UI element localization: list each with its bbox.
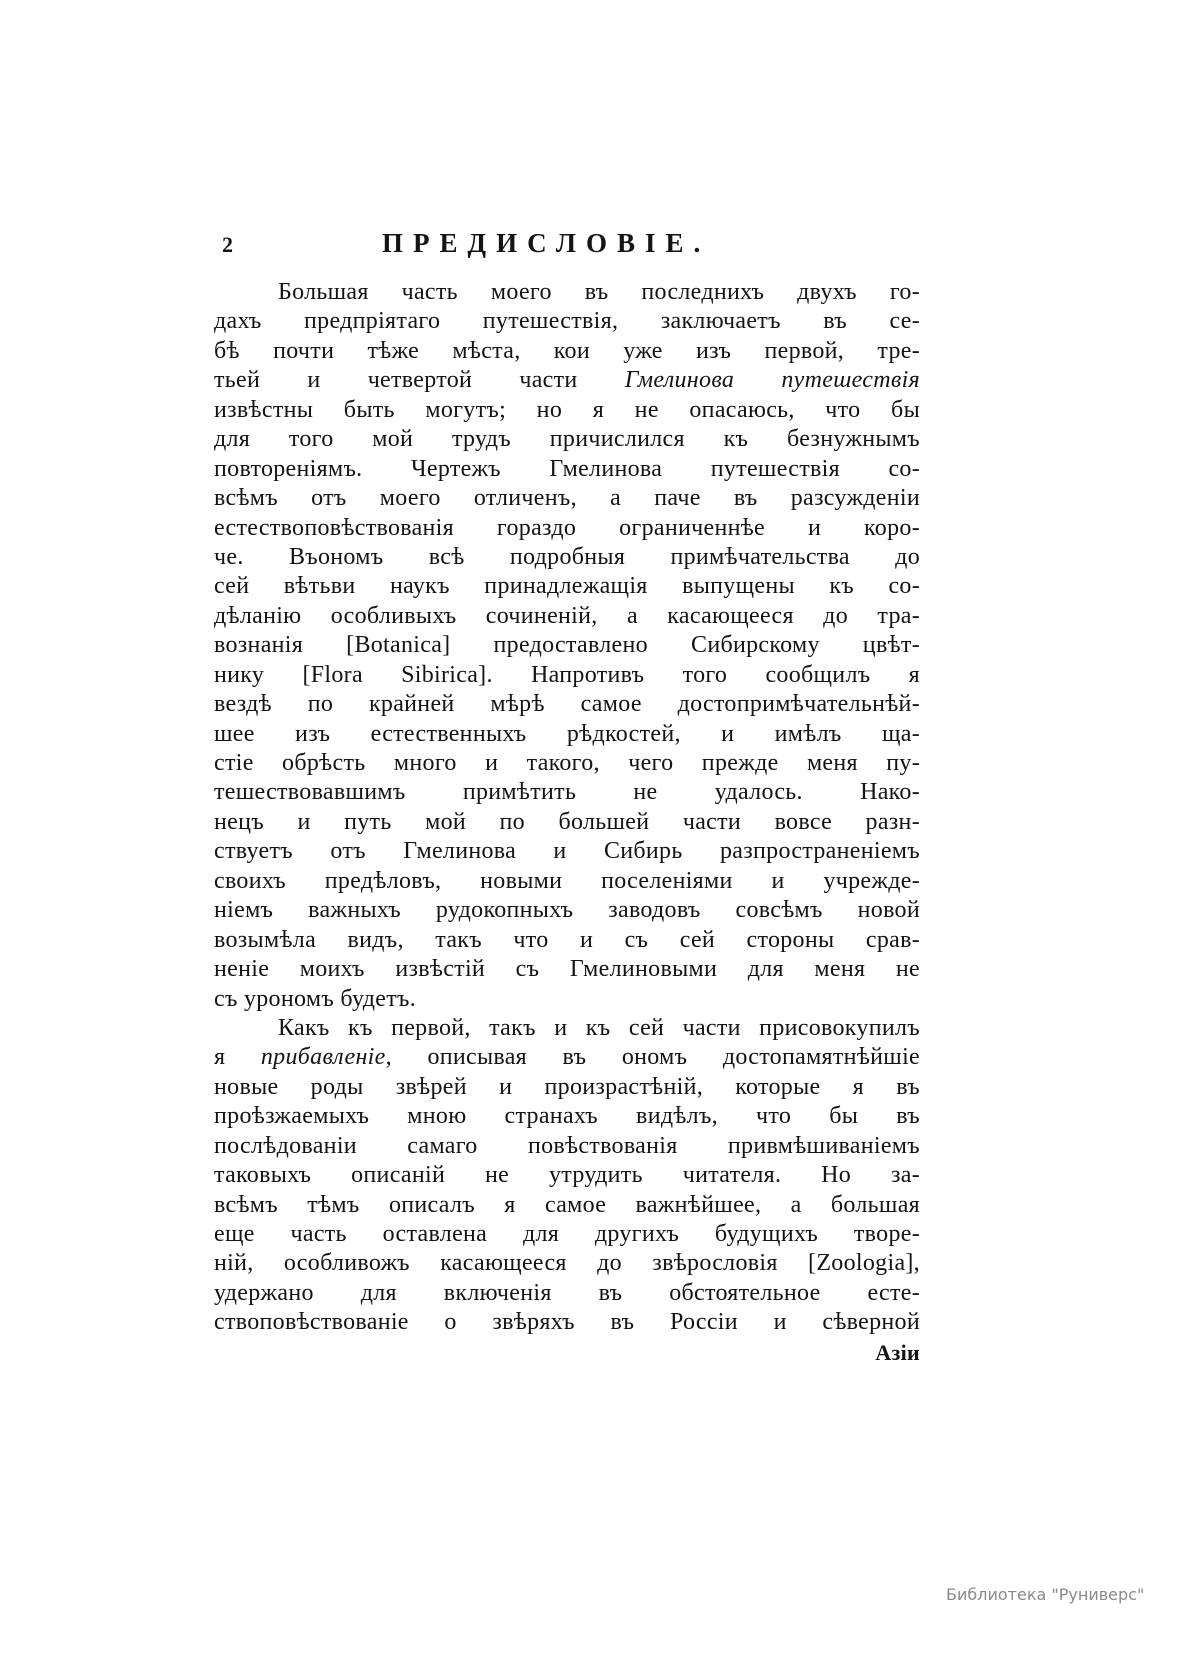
line-text: всѣмъ отъ моего отличенъ, а паче въ разс…: [214, 485, 920, 511]
text-line: сей вѣтьви наукъ принадлежащія выпущены …: [214, 572, 920, 601]
text-line: шее изъ естественныхъ рѣдкостей, и имѣлъ…: [214, 720, 920, 749]
line-text: еще часть оставлена для другихъ будущихъ…: [214, 1221, 920, 1247]
line-text: для того мой трудъ причислился къ безнуж…: [214, 426, 920, 452]
text-line: проѣзжаемыхъ мною странахъ видѣлъ, что б…: [214, 1102, 920, 1131]
text-line: новые роды звѣрей и произрастѣній, котор…: [214, 1073, 920, 1102]
line-text: я: [214, 1044, 261, 1070]
line-text: ніемъ важныхъ рудокопныхъ заводовъ совсѣ…: [214, 897, 920, 923]
text-line: удержано для включенія въ обстоятельное …: [214, 1279, 920, 1308]
line-text: возымѣла видъ, такъ что и съ сей стороны…: [214, 927, 920, 953]
text-line: естествоповѣствованія гораздо ограниченн…: [214, 514, 920, 543]
line-text: че. Въономъ всѣ подробныя примѣчательств…: [214, 544, 920, 570]
text-line: неніе моихъ извѣстій съ Гмелиновыми для …: [214, 955, 920, 984]
line-text: своихъ предѣловъ, новыми поселеніями и у…: [214, 868, 920, 894]
line-text: сей вѣтьви наукъ принадлежащія выпущены …: [214, 573, 920, 599]
line-text: шее изъ естественныхъ рѣдкостей, и имѣлъ…: [214, 721, 920, 747]
line-text: вездѣ по крайней мѣрѣ самое достопримѣча…: [214, 691, 920, 717]
line-text: Какъ къ первой, такъ и къ сей части прис…: [278, 1015, 920, 1041]
text-line: бѣ почти тѣже мѣста, кои уже изъ первой,…: [214, 337, 920, 366]
text-line: тьей и четвертой части Гмелинова путешес…: [214, 366, 920, 395]
line-text: тешествовавшимъ примѣтить не удалось. На…: [214, 779, 920, 805]
line-text: ствуетъ отъ Гмелинова и Сибирь разпростр…: [214, 838, 920, 864]
line-text: всѣмъ тѣмъ описалъ я самое важнѣйшее, а …: [214, 1192, 920, 1218]
text-line: дѣланію особливыхъ сочиненій, а касающее…: [214, 602, 920, 631]
line-text: стіе обрѣсть много и такого, чего прежде…: [214, 750, 920, 776]
line-text: тьей и четвертой части: [214, 367, 625, 393]
text-line: ствуетъ отъ Гмелинова и Сибирь разпростр…: [214, 837, 920, 866]
text-line: вездѣ по крайней мѣрѣ самое достопримѣча…: [214, 690, 920, 719]
line-text: послѣдованіи самаго повѣствованія привмѣ…: [214, 1133, 920, 1159]
text-line: своихъ предѣловъ, новыми поселеніями и у…: [214, 867, 920, 896]
text-line: повтореніямъ. Чертежъ Гмелинова путешест…: [214, 455, 920, 484]
line-text: , описывая въ ономъ достопамятнѣйшіе: [386, 1044, 920, 1070]
line-text: нецъ и путь мой по большей части вовсе р…: [214, 809, 920, 835]
text-line: съ урономъ будетъ.: [214, 985, 920, 1014]
text-line: тешествовавшимъ примѣтить не удалось. На…: [214, 778, 920, 807]
text-line: вознанія [Botanica] предоставлено Сибирс…: [214, 631, 920, 660]
text-line: Какъ къ первой, такъ и къ сей части прис…: [214, 1014, 920, 1043]
line-text: проѣзжаемыхъ мною странахъ видѣлъ, что б…: [214, 1103, 920, 1129]
line-text: дахъ предпріятаго путешествія, заключает…: [214, 308, 920, 334]
line-text: Большая часть моего въ последнихъ двухъ …: [278, 279, 920, 305]
text-line: дахъ предпріятаго путешествія, заключает…: [214, 307, 920, 336]
text-line: извѣстны быть могутъ; но я не опасаюсь, …: [214, 396, 920, 425]
catchword: Азіи: [214, 1338, 920, 1367]
text-line: стіе обрѣсть много и такого, чего прежде…: [214, 749, 920, 778]
line-text: неніе моихъ извѣстій съ Гмелиновыми для …: [214, 956, 920, 982]
line-text: нику [Flora Sibirica]. Напротивъ того со…: [214, 662, 920, 688]
line-text: удержано для включенія въ обстоятельное …: [214, 1280, 920, 1306]
text-line: нику [Flora Sibirica]. Напротивъ того со…: [214, 661, 920, 690]
text-line: ній, особливожъ касающееся до звѣрослові…: [214, 1249, 920, 1278]
text-line: всѣмъ отъ моего отличенъ, а паче въ разс…: [214, 484, 920, 513]
page-number: 2: [222, 232, 233, 258]
text-line: таковыхъ описаній не утрудить читателя. …: [214, 1161, 920, 1190]
text-line: возымѣла видъ, такъ что и съ сей стороны…: [214, 926, 920, 955]
line-text: новые роды звѣрей и произрастѣній, котор…: [214, 1074, 920, 1100]
line-text: бѣ почти тѣже мѣста, кои уже изъ первой,…: [214, 338, 920, 364]
library-watermark: Библиотека "Руниверс": [946, 1585, 1144, 1604]
text-line: нецъ и путь мой по большей части вовсе р…: [214, 808, 920, 837]
text-line: еще часть оставлена для другихъ будущихъ…: [214, 1220, 920, 1249]
line-text: естествоповѣствованія гораздо ограниченн…: [214, 515, 920, 541]
page-header: 2 ПРЕДИСЛОВІЕ.: [222, 228, 922, 268]
book-page: 2 ПРЕДИСЛОВІЕ. Большая часть моего въ по…: [0, 0, 1200, 1667]
body-text: Большая часть моего въ последнихъ двухъ …: [214, 278, 920, 1367]
line-text: дѣланію особливыхъ сочиненій, а касающее…: [214, 603, 920, 629]
text-line: ствоповѣствованіе о звѣряхъ въ Россіи и …: [214, 1308, 920, 1337]
text-line: для того мой трудъ причислился къ безнуж…: [214, 425, 920, 454]
text-line: всѣмъ тѣмъ описалъ я самое важнѣйшее, а …: [214, 1191, 920, 1220]
text-line: че. Въономъ всѣ подробныя примѣчательств…: [214, 543, 920, 572]
line-text: ствоповѣствованіе о звѣряхъ въ Россіи и …: [214, 1309, 920, 1335]
line-text: вознанія [Botanica] предоставлено Сибирс…: [214, 632, 920, 658]
line-text: извѣстны быть могутъ; но я не опасаюсь, …: [214, 397, 920, 423]
text-line: ніемъ важныхъ рудокопныхъ заводовъ совсѣ…: [214, 896, 920, 925]
line-text: повтореніямъ. Чертежъ Гмелинова путешест…: [214, 456, 920, 482]
italic-title: Гмелинова путешествія: [625, 367, 920, 393]
italic-title: прибавленіе: [261, 1044, 386, 1070]
text-line: я прибавленіе, описывая въ ономъ достопа…: [214, 1043, 920, 1072]
line-text: съ урономъ будетъ.: [214, 986, 416, 1012]
line-text: таковыхъ описаній не утрудить читателя. …: [214, 1162, 920, 1188]
text-line: Большая часть моего въ последнихъ двухъ …: [214, 278, 920, 307]
running-title: ПРЕДИСЛОВІЕ.: [382, 228, 710, 259]
text-line: послѣдованіи самаго повѣствованія привмѣ…: [214, 1132, 920, 1161]
line-text: ній, особливожъ касающееся до звѣрослові…: [214, 1250, 920, 1276]
